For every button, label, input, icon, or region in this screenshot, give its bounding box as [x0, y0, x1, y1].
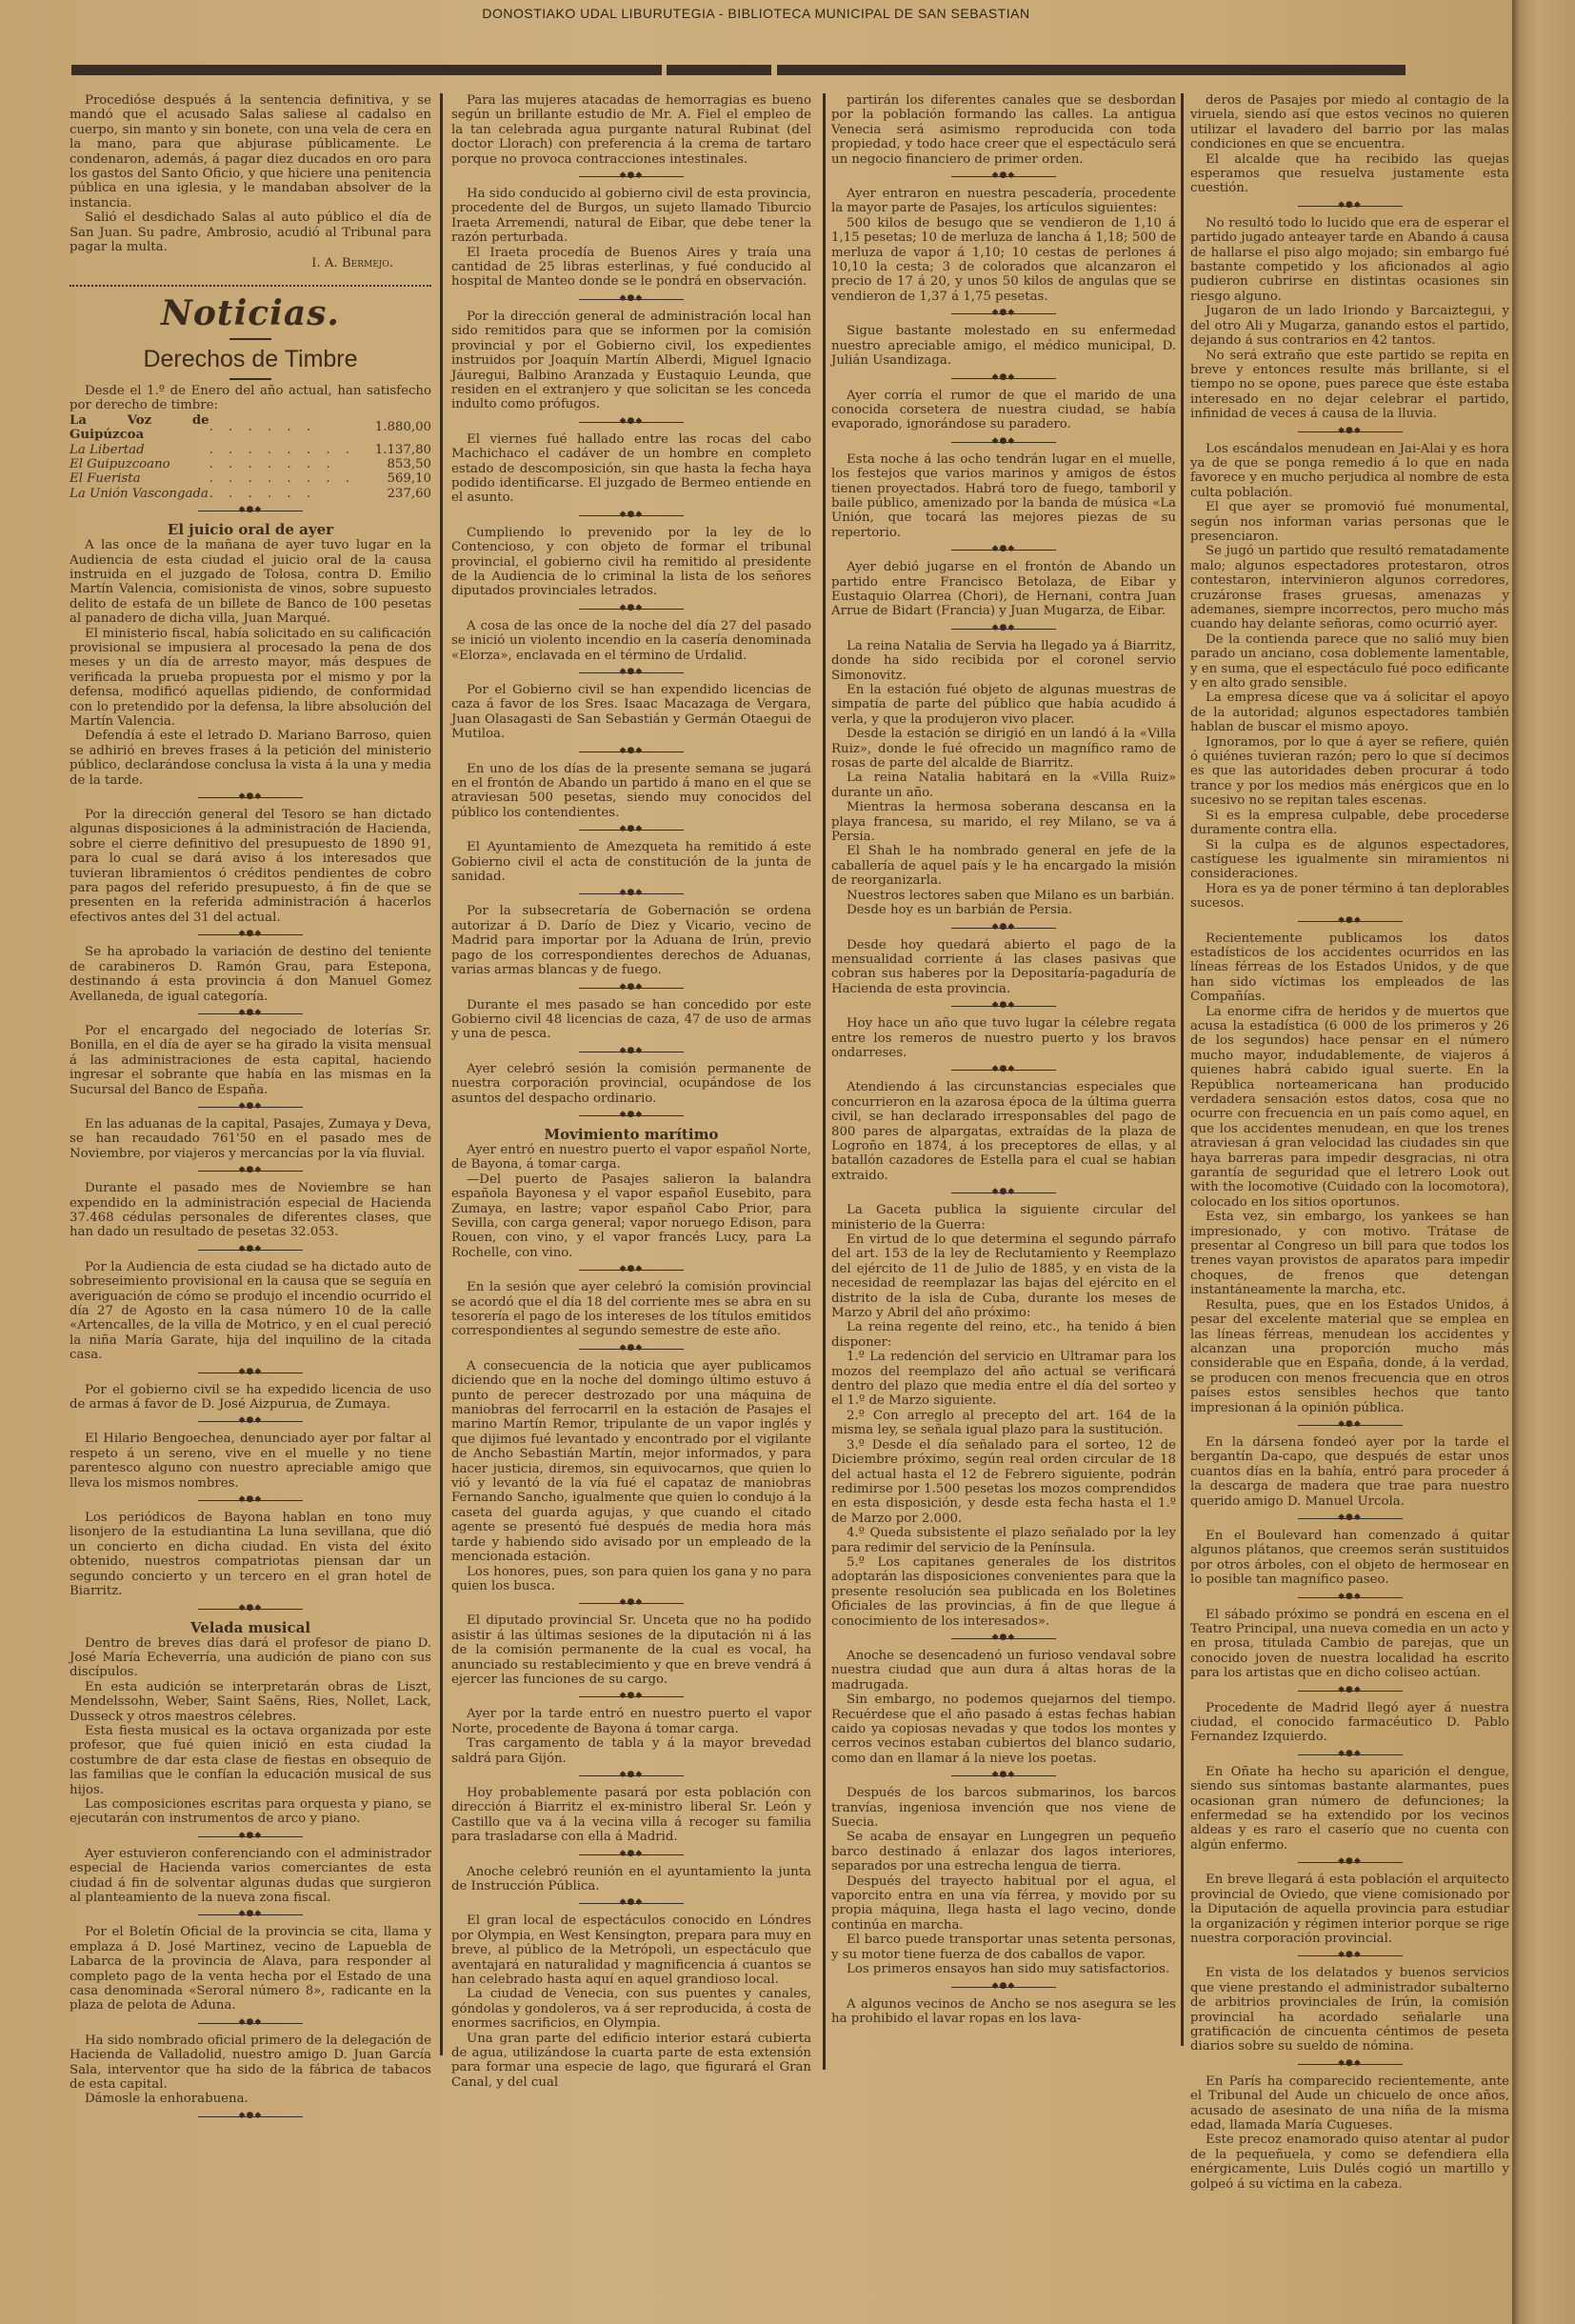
ornament-divider	[198, 1246, 303, 1254]
article-headline: Velada musical	[70, 1619, 431, 1636]
news-item: Por la subsecretaría de Gobernación se o…	[451, 904, 811, 977]
news-item: Ayer corría el rumor de que el marido de…	[831, 389, 1176, 432]
news-item: El gran local de espectáculos conocido e…	[451, 1913, 811, 1987]
leader-dots: . . . . . .	[209, 487, 355, 501]
ornament-divider	[198, 793, 303, 802]
timbre-table: La Voz de Guipúzcoa. . . . . .1.880,00 L…	[70, 413, 431, 501]
article-paragraph: En esta audición se interpretarán obras …	[70, 1680, 431, 1724]
ornament-divider	[579, 826, 684, 834]
news-item: En la sesión que ayer celebró la comisió…	[451, 1280, 811, 1339]
article-headline: Movimiento marítimo	[451, 1126, 811, 1143]
ornament-divider	[1298, 1952, 1403, 1960]
article-paragraph: Salió el desdichado Salas al auto públic…	[70, 210, 431, 254]
ornament-divider	[198, 2113, 303, 2121]
ornament-divider	[198, 1167, 303, 1175]
ornament-divider	[579, 984, 684, 992]
news-item: Por la dirección general del Tesoro se h…	[70, 808, 431, 925]
news-item: deros de Pasajes por miedo al contagio d…	[1190, 93, 1509, 152]
leader-dots: . . . . . . . .	[209, 443, 355, 457]
news-item: Desde hoy es un barbián de Persia.	[831, 903, 1176, 917]
news-item: Ayer por la tarde entró en nuestro puert…	[451, 1707, 811, 1736]
news-item: A cosa de las once de la noche del día 2…	[451, 619, 811, 663]
ornament-divider	[1298, 1593, 1403, 1602]
news-item: El que ayer se promovió fué monumental, …	[1190, 500, 1509, 544]
ornament-divider	[951, 1189, 1056, 1197]
news-item: Nuestros lectores saben que Milano es un…	[831, 889, 1176, 903]
news-item: Ha sido nombrado oficial primero de la d…	[70, 2033, 431, 2093]
news-item: Recientemente publicamos los datos estad…	[1190, 932, 1509, 1005]
ornament-divider	[951, 1066, 1056, 1074]
section-title: Noticias.	[70, 292, 431, 334]
news-item: En la estación fué objeto de algunas mue…	[831, 683, 1176, 727]
amount: 1.880,00	[355, 413, 431, 443]
news-item: Por el Boletín Oficial de la provincia s…	[70, 1925, 431, 2013]
news-item: 2.º Con arreglo al precepto del art. 164…	[831, 1409, 1176, 1438]
news-item: La reina Natalia habitará en la «Villa R…	[831, 771, 1176, 800]
news-item: Durante el pasado mes de Noviembre se ha…	[70, 1181, 431, 1240]
news-item: En París ha comparecido recientemente, a…	[1190, 2074, 1509, 2134]
news-item: Si es la empresa culpable, debe proceder…	[1190, 809, 1509, 838]
ornament-divider	[1298, 917, 1403, 926]
news-item: Ha sido conducido al gobierno civil de e…	[451, 187, 811, 246]
news-item: No resultó todo lo lucido que era de esp…	[1190, 216, 1509, 304]
newspaper-name: El Fuerista	[70, 471, 209, 486]
article-paragraph: Defendía á este el letrado D. Mariano Ba…	[70, 729, 431, 788]
news-item: Los periódicos de Bayona hablan en tono …	[70, 1511, 431, 1598]
news-item: En vista de los delatados y buenos servi…	[1190, 1966, 1509, 2054]
news-item: Los escándalos menudean en Jai-Alai y es…	[1190, 442, 1509, 501]
ornament-divider	[1298, 1751, 1403, 1759]
news-item: De la contienda parece que no salió muy …	[1190, 632, 1509, 691]
timbre-intro: Desde el 1.º de Enero del año actual, ha…	[70, 384, 431, 413]
article-paragraph: El ministerio fiscal, había solicitado e…	[70, 627, 431, 730]
news-item: Hoy hace un año que tuvo lugar la célebr…	[831, 1016, 1176, 1060]
news-item: 1.º La redención del servicio en Ultrama…	[831, 1350, 1176, 1409]
news-item: Los honores, pues, son para quien los ga…	[451, 1565, 811, 1594]
leader-dots: . . . . . .	[209, 413, 355, 443]
column-divider	[823, 93, 826, 2070]
news-item: Se acaba de ensayar en Lungegren un pequ…	[831, 1830, 1176, 1873]
ornament-divider	[198, 931, 303, 939]
news-item: Por el Gobierno civil se han expendido l…	[451, 683, 811, 742]
short-rule	[229, 378, 271, 380]
news-item: Se jugó un partido que resultó rematadam…	[1190, 544, 1509, 631]
column-divider	[440, 93, 443, 2055]
ornament-divider	[579, 1048, 684, 1056]
ornament-divider	[951, 172, 1056, 181]
news-item: Ayer celebró sesión la comisión permanen…	[451, 1062, 811, 1106]
column-divider	[1181, 93, 1184, 2046]
timbre-title: Derechos de Timbre	[70, 344, 431, 374]
news-item: Por la dirección general de administraci…	[451, 310, 811, 412]
ornament-divider	[579, 172, 684, 181]
news-item: El Iraeta procedía de Buenos Aires y tra…	[451, 246, 811, 290]
news-item: En el Boulevard han comenzado á quitar a…	[1190, 1529, 1509, 1588]
news-item: A algunos vecinos de Ancho se nos asegur…	[831, 1997, 1176, 2027]
news-item: En las aduanas de la capital, Pasajes, Z…	[70, 1117, 431, 1161]
news-item: Desde la estación se dirigió en un landó…	[831, 727, 1176, 771]
news-item: 5.º Los capitanes generales de los distr…	[831, 1555, 1176, 1629]
ornament-divider	[198, 1103, 303, 1112]
news-item: En breve llegará á esta población el arq…	[1190, 1873, 1509, 1946]
news-item: En uno de los días de la presente semana…	[451, 762, 811, 821]
ornament-divider	[198, 1605, 303, 1613]
ornament-divider	[951, 374, 1056, 383]
news-item: Tras cargamento de tabla y á la mayor br…	[451, 1736, 811, 1766]
library-watermark: DONOSTIAKO UDAL LIBURUTEGIA - BIBLIOTECA…	[0, 6, 1512, 21]
news-item: El Ayuntamiento de Amezqueta ha remitido…	[451, 840, 811, 884]
leader-dots: . . . . . . . .	[209, 471, 355, 486]
ornament-divider	[579, 605, 684, 613]
ornament-divider	[1298, 1687, 1403, 1695]
ornament-divider	[579, 1112, 684, 1120]
newspaper-name: La Voz de Guipúzcoa	[70, 413, 209, 443]
ornament-divider	[579, 748, 684, 756]
ornament-divider	[951, 310, 1056, 318]
ornament-divider	[951, 438, 1056, 447]
ornament-divider	[579, 1599, 684, 1608]
news-item: Después del trayecto habitual por el agu…	[831, 1874, 1176, 1933]
news-item: Si la culpa es de algunos espectadores, …	[1190, 838, 1509, 882]
ornament-divider	[579, 295, 684, 304]
amount: 853,50	[355, 457, 431, 471]
news-item: El viernes fué hallado entre las rocas d…	[451, 432, 811, 506]
ornament-divider	[951, 1634, 1056, 1643]
news-item: A consecuencia de la noticia que ayer pu…	[451, 1359, 811, 1565]
news-item: La Gaceta publica la siguiente circular …	[831, 1203, 1176, 1232]
ornament-divider	[951, 1002, 1056, 1011]
news-item: El alcalde que ha recibido las quejas es…	[1190, 152, 1509, 196]
ornament-divider	[1298, 1421, 1403, 1430]
news-item: Una gran parte del edificio interior est…	[451, 2032, 811, 2091]
article-paragraph: Ayer entró en nuestro puerto el vapor es…	[451, 1143, 811, 1172]
ornament-divider	[1298, 2060, 1403, 2069]
news-item: Anoche se desencadenó un furioso vendava…	[831, 1649, 1176, 1693]
header-rule	[777, 65, 1406, 75]
newspaper-name: La Libertad	[70, 443, 209, 457]
ornament-divider	[579, 511, 684, 520]
news-item: Ignoramos, por lo que á ayer se refiere,…	[1190, 735, 1509, 809]
news-item: La reina regente del reino, etc., ha ten…	[831, 1320, 1176, 1350]
news-item: En virtud de lo que determina el segundo…	[831, 1232, 1176, 1320]
news-item: Hora es ya de poner término á tan deplor…	[1190, 882, 1509, 912]
news-item: Cumpliendo lo prevenido por la ley de lo…	[451, 526, 811, 599]
ornament-divider	[198, 507, 303, 515]
article-paragraph: Procedióse después á la sentencia defini…	[70, 93, 431, 210]
ornament-divider	[1298, 1514, 1403, 1523]
ornament-divider	[198, 1417, 303, 1426]
news-item: Después de los barcos submarinos, los ba…	[831, 1786, 1176, 1830]
column-2: Para las mujeres atacadas de hemorragias…	[451, 93, 811, 2090]
news-item: El sábado próximo se pondrá en escena en…	[1190, 1608, 1509, 1681]
column-4: deros de Pasajes por miedo al contagio d…	[1190, 93, 1509, 2192]
news-item: No será extraño que este partido se repi…	[1190, 349, 1509, 422]
news-item: Los primeros ensayos han sido muy satisf…	[831, 1962, 1176, 1976]
news-item: Hoy probablemente pasará por esta poblac…	[451, 1786, 811, 1845]
table-row: El Fuerista. . . . . . . .569,10	[70, 471, 431, 486]
table-row: La Unión Vascongada. . . . . .237,60	[70, 487, 431, 501]
news-item: partirán los diferentes canales que se d…	[831, 93, 1176, 167]
news-item: Se ha aprobado la variación de destino d…	[70, 945, 431, 1004]
news-item: La enorme cifra de heridos y de muertos …	[1190, 1005, 1509, 1211]
amount: 237,60	[355, 487, 431, 501]
page-binding-edge	[1512, 0, 1575, 2324]
news-item: 500 kilos de besugo que se vendieron de …	[831, 216, 1176, 304]
news-item: Resulta, pues, que en los Estados Unidos…	[1190, 1298, 1509, 1415]
news-item: Esta vez, sin embargo, los yankees se ha…	[1190, 1210, 1509, 1297]
news-item: Por el encargado del negociado de loterí…	[70, 1024, 431, 1097]
news-item: Esta noche á las ocho tendrán lugar en e…	[831, 452, 1176, 540]
news-item: Mientras la hermosa soberana descansa en…	[831, 800, 1176, 844]
ornament-divider	[579, 1693, 684, 1701]
header-rule	[71, 65, 662, 75]
article-paragraph: Dentro de breves días dará el profesor d…	[70, 1636, 431, 1680]
article-headline: El juicio oral de ayer	[70, 521, 431, 538]
news-item: 3.º Desde el día señalado para el sorteo…	[831, 1438, 1176, 1526]
amount: 1.137,80	[355, 443, 431, 457]
article-paragraph: A las once de la mañana de ayer tuvo lug…	[70, 538, 431, 626]
ornament-divider	[951, 1983, 1056, 1992]
news-item: Ayer estuvieron conferenciando con el ad…	[70, 1847, 431, 1906]
news-item: El barco puede transportar unas setenta …	[831, 1933, 1176, 1962]
article-paragraph: Esta fiesta musical es la octava organiz…	[70, 1724, 431, 1797]
table-row: La Libertad. . . . . . . .1.137,80	[70, 443, 431, 457]
news-item: Procedente de Madrid llegó ayer á nuestr…	[1190, 1701, 1509, 1745]
table-row: La Voz de Guipúzcoa. . . . . .1.880,00	[70, 413, 431, 443]
news-item: En la dársena fondeó ayer por la tarde e…	[1190, 1435, 1509, 1509]
news-item: Jugaron de un lado Iriondo y Barcaiztegu…	[1190, 304, 1509, 348]
news-item: Por la Audiencia de esta ciudad se ha di…	[70, 1260, 431, 1363]
news-item: La reina Natalia de Servia ha llegado ya…	[831, 639, 1176, 683]
article-paragraph: —Del puerto de Pasajes salieron la balan…	[451, 1172, 811, 1260]
ornament-divider	[579, 1851, 684, 1859]
ornament-divider	[198, 1911, 303, 1919]
news-item: Este precoz enamorado quiso atentar al p…	[1190, 2133, 1509, 2192]
news-item: El Hilario Bengoechea, denunciado ayer p…	[70, 1432, 431, 1491]
ornament-divider	[951, 1772, 1056, 1780]
ornament-divider	[579, 669, 684, 677]
short-rule	[229, 338, 271, 340]
ornament-divider	[1298, 1858, 1403, 1867]
news-item: Ayer debió jugarse en el frontón de Aban…	[831, 560, 1176, 619]
news-item: Ayer entraron en nuestra pescadería, pro…	[831, 187, 1176, 216]
news-item: Desde hoy quedará abierto el pago de la …	[831, 938, 1176, 997]
news-item: Anoche celebró reunión en el ayuntamient…	[451, 1865, 811, 1894]
news-item: En Oñate ha hecho su aparición el dengue…	[1190, 1765, 1509, 1853]
news-item: Atendiendo á las circunstancias especial…	[831, 1080, 1176, 1183]
news-item: La ciudad de Venecia, con sus puentes y …	[451, 1987, 811, 2031]
leader-dots: . . . . . . .	[209, 457, 355, 471]
ornament-divider	[951, 546, 1056, 554]
column-1: Procedióse después á la sentencia defini…	[70, 93, 431, 2127]
ornament-divider	[579, 418, 684, 427]
news-item: La empresa dícese que va á solicitar el …	[1190, 691, 1509, 734]
table-row: El Guipuzcoano. . . . . . .853,50	[70, 457, 431, 471]
ornament-divider	[198, 1369, 303, 1377]
column-3: partirán los diferentes canales que se d…	[831, 93, 1176, 2026]
news-item: Sigue bastante molestado en su enfermeda…	[831, 324, 1176, 368]
ornament-divider	[198, 2019, 303, 2028]
section-divider	[70, 279, 431, 287]
ornament-divider	[1298, 428, 1403, 436]
news-item: Sin embargo, no podemos quejarnos del ti…	[831, 1693, 1176, 1766]
ornament-divider	[198, 1010, 303, 1018]
ornament-divider	[1298, 202, 1403, 210]
ornament-divider	[198, 1833, 303, 1841]
ornament-divider	[951, 625, 1056, 633]
ornament-divider	[579, 1772, 684, 1780]
news-item: Para las mujeres atacadas de hemorragias…	[451, 93, 811, 167]
news-item: Durante el mes pasado se han concedido p…	[451, 998, 811, 1042]
newspaper-name: La Unión Vascongada	[70, 487, 209, 501]
ornament-divider	[579, 1345, 684, 1353]
news-item: Por el gobierno civil se ha expedido lic…	[70, 1383, 431, 1412]
news-item: 4.º Queda subsistente el plazo señalado …	[831, 1526, 1176, 1555]
header-rule	[667, 65, 771, 75]
amount: 569,10	[355, 471, 431, 486]
news-item: El diputado provincial Sr. Unceta que no…	[451, 1613, 811, 1687]
ornament-divider	[579, 890, 684, 898]
ornament-divider	[579, 1266, 684, 1274]
ornament-divider	[198, 1496, 303, 1505]
article-paragraph: Las composiciones escritas para orquesta…	[70, 1797, 431, 1827]
news-item: Dámosle la enhorabuena.	[70, 2092, 431, 2106]
newspaper-name: El Guipuzcoano	[70, 457, 209, 471]
news-item: El Shah le ha nombrado general en jefe d…	[831, 844, 1176, 888]
article-signature: I. A. Bermejo.	[70, 256, 431, 270]
ornament-divider	[951, 924, 1056, 932]
ornament-divider	[579, 1899, 684, 1908]
